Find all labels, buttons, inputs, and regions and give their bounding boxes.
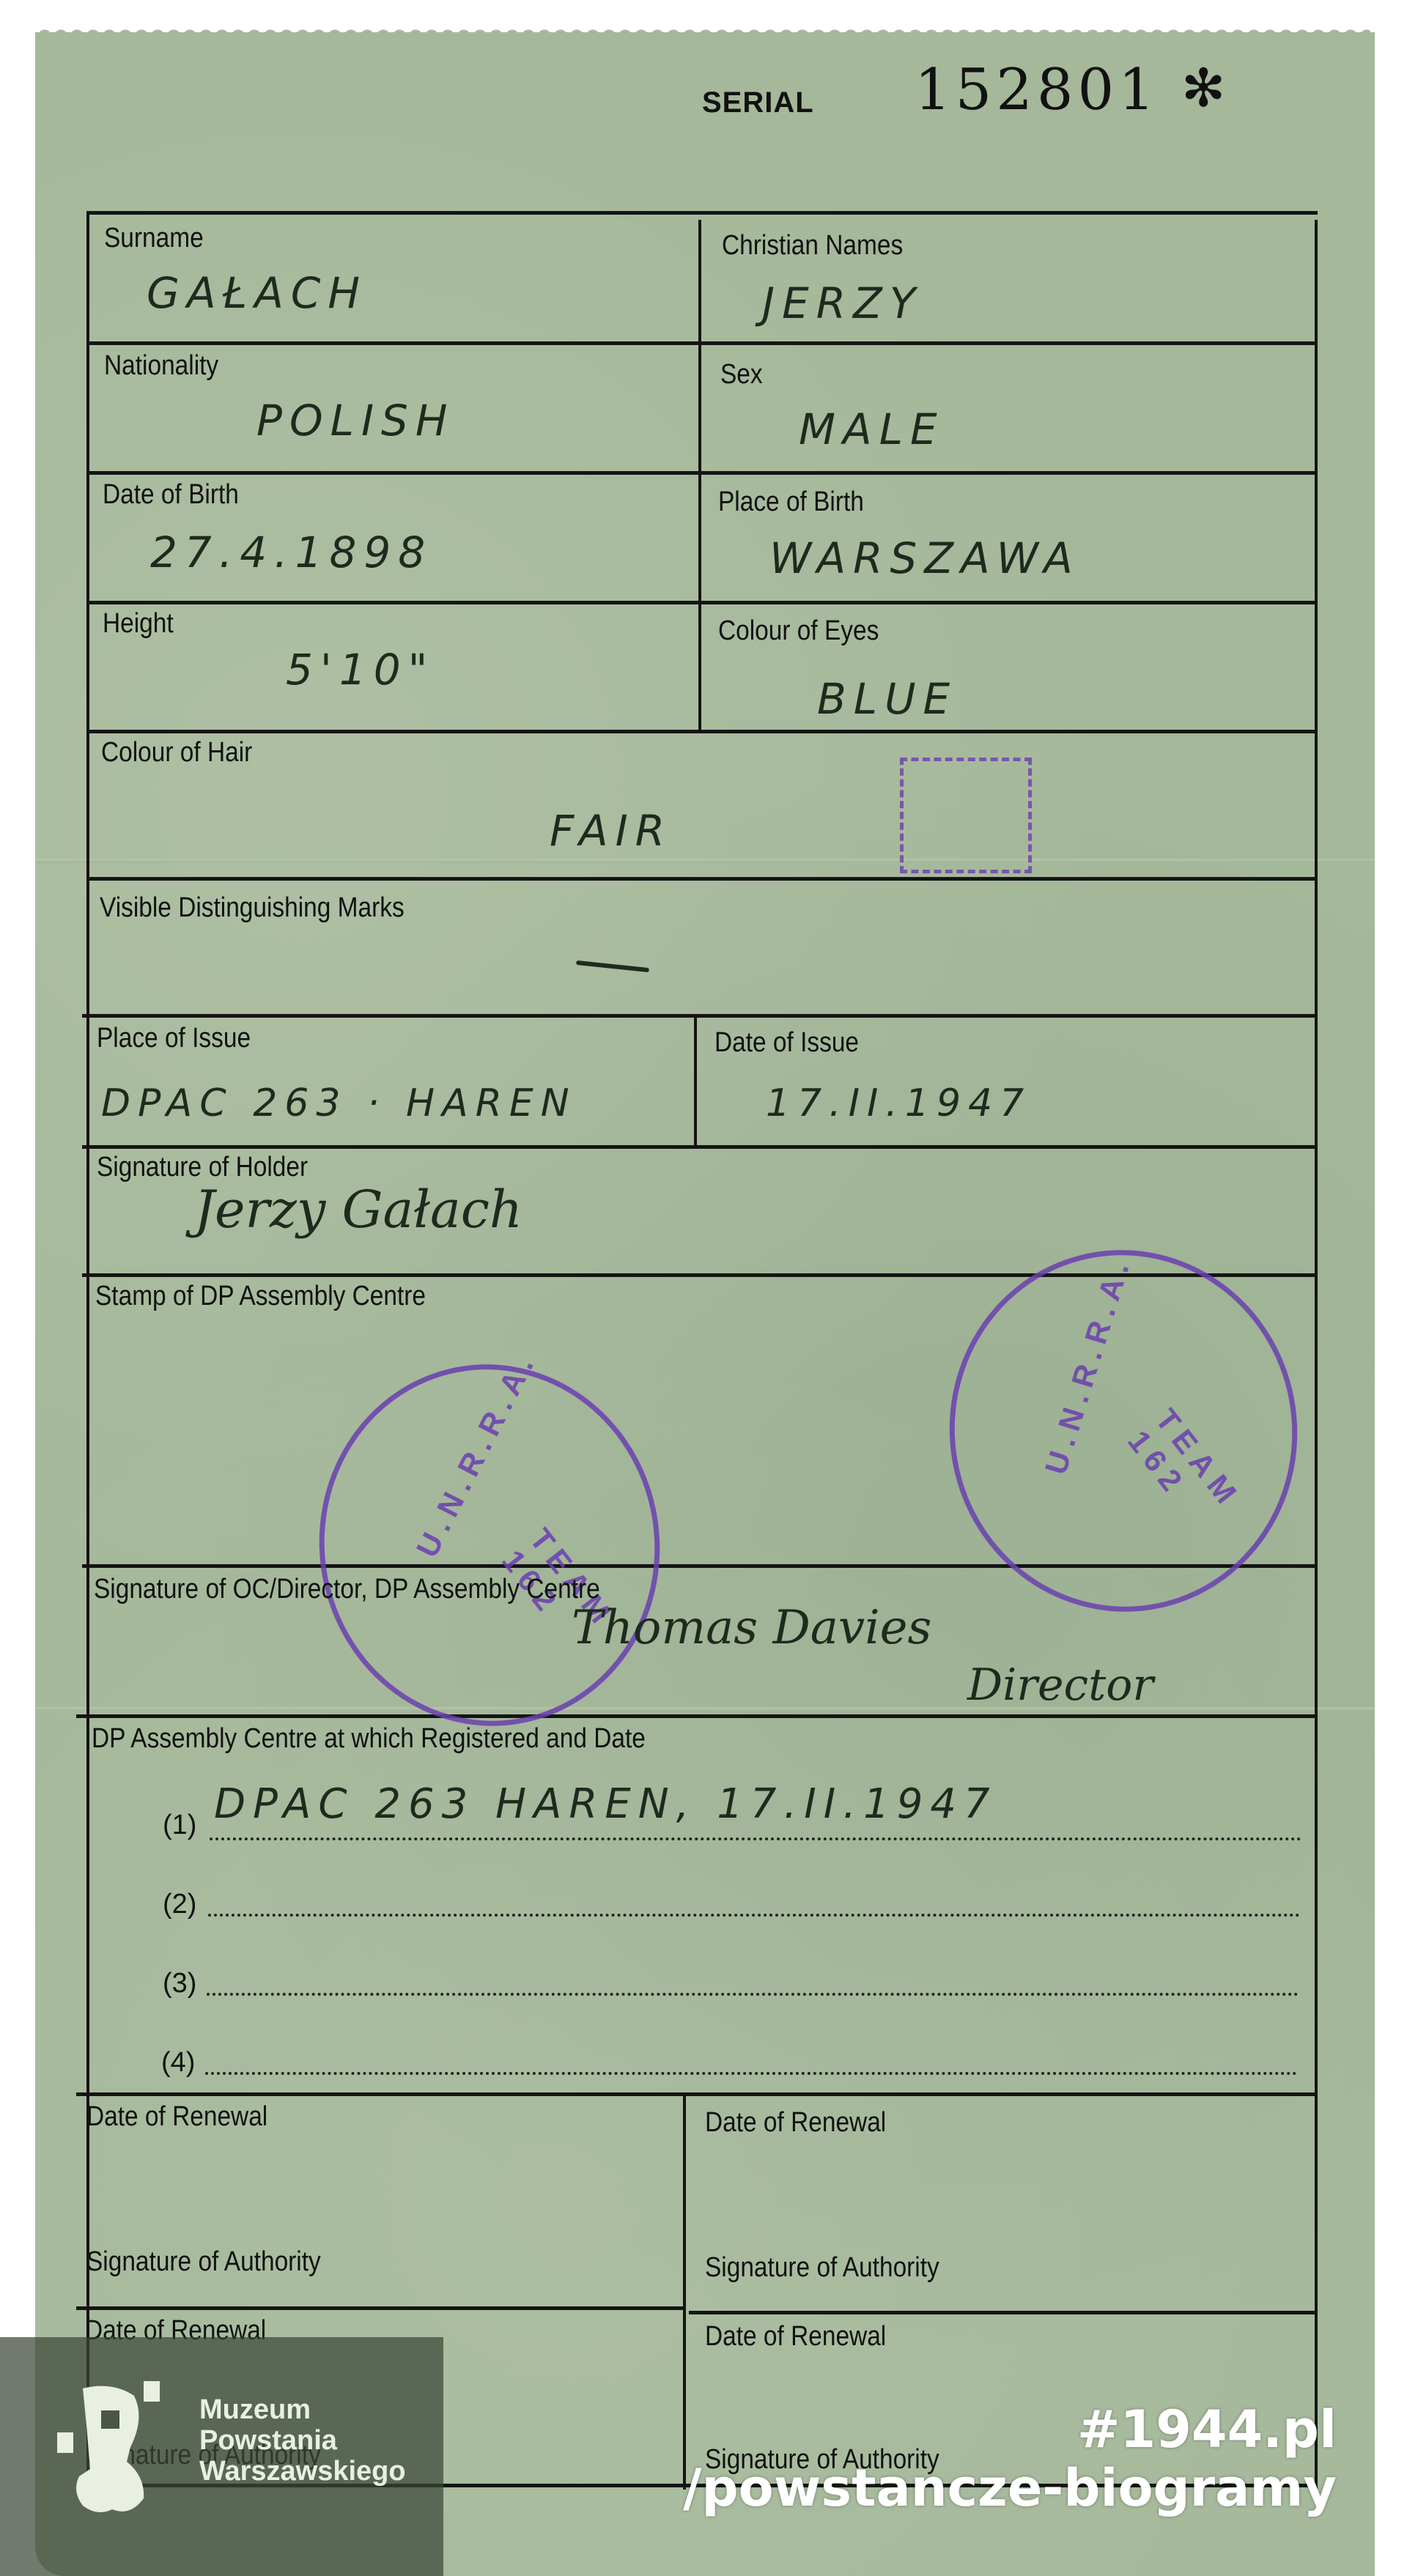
place-of-issue-value: DPAC 263 · HAREN (101, 1081, 577, 1125)
row-divider (86, 601, 1318, 604)
serial-label: SERIAL (702, 86, 814, 119)
date-of-renewal-label: Date of Renewal (705, 2321, 886, 2353)
date-of-birth-value: 27.4.1898 (150, 528, 432, 577)
registration-entry-1: DPAC 263 HAREN, 17.II.1947 (214, 1780, 997, 1828)
column-divider (698, 220, 701, 730)
signature-of-authority-label: Signature of Authority (705, 2252, 939, 2284)
row-divider (689, 2311, 1318, 2314)
colour-of-eyes-label: Colour of Eyes (718, 615, 879, 647)
row-divider (86, 341, 1318, 345)
museum-name: Muzeum Powstania Warszawskiego (199, 2394, 406, 2487)
registration-number: (2) (163, 1889, 196, 1920)
serial-number: 152801 (915, 57, 1159, 123)
christian-names-label: Christian Names (722, 230, 903, 262)
registration-line (205, 2072, 1297, 2075)
christian-names-value: JERZY (762, 278, 923, 328)
fold-crease (35, 859, 1375, 863)
row-divider (86, 471, 1318, 475)
stamp-of-centre-label: Stamp of DP Assembly Centre (95, 1281, 426, 1312)
row-divider (86, 211, 1318, 215)
table-right-border (1315, 220, 1318, 2490)
visible-marks-label: Visible Distinguishing Marks (100, 892, 405, 924)
row-divider (76, 2092, 1318, 2096)
sex-label: Sex (720, 359, 763, 391)
registration-label: DP Assembly Centre at which Registered a… (92, 1723, 646, 1755)
date-of-renewal-label: Date of Renewal (705, 2107, 886, 2139)
row-divider (86, 877, 1318, 881)
perforated-edge (37, 22, 1370, 37)
row-divider (86, 730, 1318, 733)
registration-line (210, 1837, 1301, 1840)
nationality-label: Nationality (104, 350, 218, 382)
asterisk-icon: ✻ (1181, 57, 1225, 119)
registration-number: (4) (161, 2047, 195, 2079)
height-label: Height (103, 608, 174, 640)
place-of-issue-label: Place of Issue (97, 1023, 251, 1054)
signature-of-authority-label: Signature of Authority (86, 2246, 321, 2278)
url-watermark: /powstancze-biogramy (683, 2458, 1337, 2518)
column-divider (683, 2094, 686, 2490)
hashtag-watermark: #1944.pl (1077, 2399, 1337, 2460)
colour-of-hair-value: FAIR (550, 806, 672, 856)
nationality-value: POLISH (256, 396, 454, 445)
museum-logo-icon (57, 2381, 167, 2520)
registration-line (207, 1993, 1299, 1996)
place-of-birth-label: Place of Birth (718, 486, 864, 518)
signature-of-director-label: Signature of OC/Director, DP Assembly Ce… (94, 1574, 600, 1605)
registration-line (208, 1914, 1300, 1917)
row-divider (82, 1014, 1318, 1018)
colour-of-eyes-value: BLUE (817, 674, 957, 724)
date-of-issue-value: 17.II.1947 (766, 1081, 1031, 1125)
signature-of-holder-label: Signature of Holder (97, 1152, 308, 1183)
place-of-birth-value: WARSZAWA (769, 533, 1080, 583)
date-of-birth-label: Date of Birth (103, 479, 239, 511)
row-divider (82, 1145, 1318, 1149)
colour-of-hair-label: Colour of Hair (101, 737, 252, 769)
registration-number: (3) (163, 1968, 196, 1999)
director-signature: Thomas Davies (572, 1601, 931, 1655)
row-divider (76, 2306, 683, 2310)
fold-crease (35, 1707, 1375, 1711)
surname-value: GAŁACH (147, 268, 367, 318)
table-left-border (86, 211, 89, 2490)
photo-stamp-frame (900, 758, 1032, 873)
director-title: Director (967, 1659, 1153, 1711)
date-of-issue-label: Date of Issue (714, 1027, 859, 1059)
holder-signature: Jerzy Gałach (194, 1180, 522, 1240)
surname-label: Surname (104, 223, 204, 254)
height-value: 5'10" (286, 645, 435, 695)
column-divider (694, 1017, 697, 1145)
date-of-renewal-label: Date of Renewal (86, 2101, 267, 2133)
row-divider (76, 1714, 1318, 1718)
sex-value: MALE (799, 404, 945, 454)
registration-number: (1) (163, 1810, 196, 1841)
